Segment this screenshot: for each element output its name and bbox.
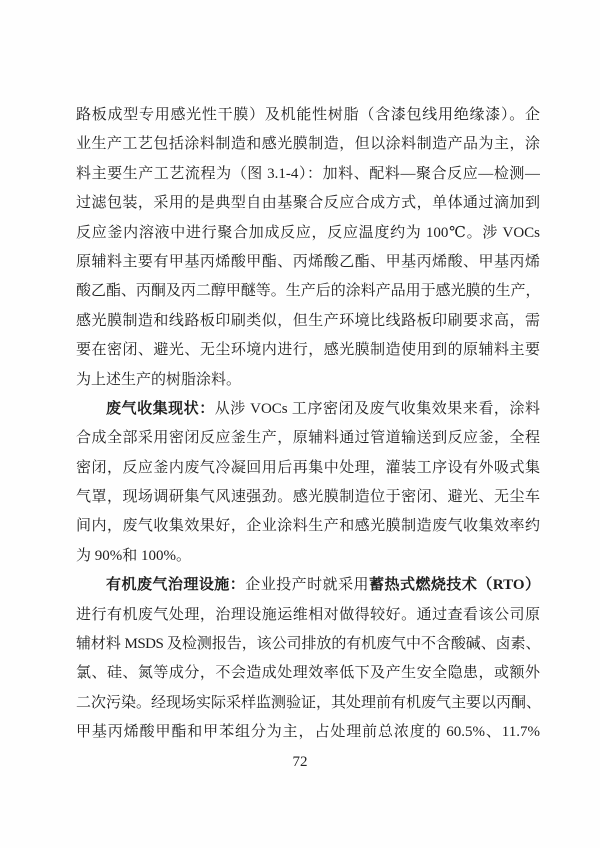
text-segment: 路板成型专用感光性干膜）及机能性树脂（含漆包线用绝缘漆）。企 (76, 107, 540, 123)
text-segment: 甲基丙烯酸甲酯和甲苯组分为主，占处理前总浓度的 60.5%、11.7% (76, 724, 540, 740)
text-segment: 氯、硅、氮等成分，不会造成处理效率低下及产生安全隐患，或额外 (76, 665, 540, 681)
text-segment: 合成全部采用密闭反应釜生产，原辅料通过管道输送到反应釜，全程 (76, 430, 540, 446)
text-line: 废气收集现状：从涉 VOCs 工序密闭及废气收集效果来看，涂料 (76, 395, 540, 424)
document-page: 路板成型专用感光性干膜）及机能性树脂（含漆包线用绝缘漆）。企业生产工艺包括涂料制… (0, 0, 600, 848)
text-line: 间内，废气收集效果好，企业涂料生产和感光膜制造废气收集效率约 (76, 512, 540, 541)
text-segment: 过滤包装，采用的是典型自由基聚合反应合成方式，单体通过滴加到 (76, 195, 540, 211)
text-line: 辅材料 MSDS 及检测报告，该公司排放的有机废气中不含酸碱、卤素、 (76, 630, 540, 659)
text-line: 甲基丙烯酸甲酯和甲苯组分为主，占处理前总浓度的 60.5%、11.7% (76, 718, 540, 747)
text-line: 反应釜内溶液中进行聚合加成反应，反应温度约为 100℃。涉 VOCs (76, 219, 540, 248)
text-segment: 料主要生产工艺流程为（图 3.1-4）：加料、配料—聚合反应—检测— (76, 166, 540, 182)
bold-text-segment: 蓄热式燃烧技术（RTO） (369, 577, 540, 593)
text-segment: 反应釜内溶液中进行聚合加成反应，反应温度约为 100℃。涉 VOCs (76, 225, 540, 241)
bold-text-segment: 有机废气治理设施： (106, 577, 245, 593)
text-line: 酸乙酯、丙酮及丙二醇甲醚等。生产后的涂料产品用于感光膜的生产， (76, 277, 540, 306)
text-segment: 从涉 VOCs 工序密闭及废气收集效果来看，涂料 (215, 401, 540, 417)
text-line: 气罩，现场调研集气风速强劲。感光膜制造位于密闭、避光、无尘车 (76, 483, 540, 512)
text-segment: 酸乙酯、丙酮及丙二醇甲醚等。生产后的涂料产品用于感光膜的生产， (76, 283, 540, 299)
text-line: 为上述生产的树脂涂料。 (76, 366, 540, 395)
paragraph: 路板成型专用感光性干膜）及机能性树脂（含漆包线用绝缘漆）。企业生产工艺包括涂料制… (76, 101, 540, 395)
text-line: 二次污染。经现场实际采样监测验证，其处理前有机废气主要以丙酮、 (76, 689, 540, 718)
text-segment: 原辅料主要有甲基丙烯酸甲酯、丙烯酸乙酯、甲基丙烯酸、甲基丙烯 (76, 254, 540, 270)
text-segment: 企业投产时就采用 (245, 577, 369, 593)
text-line: 要在密闭、避光、无尘环境内进行，感光膜制造使用到的原辅料主要 (76, 336, 540, 365)
text-line: 路板成型专用感光性干膜）及机能性树脂（含漆包线用绝缘漆）。企 (76, 101, 540, 130)
text-segment: 辅材料 MSDS 及检测报告，该公司排放的有机废气中不含酸碱、卤素、 (76, 636, 540, 652)
text-line: 料主要生产工艺流程为（图 3.1-4）：加料、配料—聚合反应—检测— (76, 160, 540, 189)
document-body: 路板成型专用感光性干膜）及机能性树脂（含漆包线用绝缘漆）。企业生产工艺包括涂料制… (76, 101, 540, 748)
text-segment: 业生产工艺包括涂料制造和感光膜制造，但以涂料制造产品为主，涂 (76, 136, 540, 152)
text-line: 业生产工艺包括涂料制造和感光膜制造，但以涂料制造产品为主，涂 (76, 130, 540, 159)
text-segment: 间内，废气收集效果好，企业涂料生产和感光膜制造废气收集效率约 (76, 518, 540, 534)
text-line: 密闭，反应釜内废气冷凝回用后再集中处理，灌装工序设有外吸式集 (76, 454, 540, 483)
paragraph: 废气收集现状：从涉 VOCs 工序密闭及废气收集效果来看，涂料合成全部采用密闭反… (76, 395, 540, 571)
text-line: 氯、硅、氮等成分，不会造成处理效率低下及产生安全隐患，或额外 (76, 659, 540, 688)
text-line: 原辅料主要有甲基丙烯酸甲酯、丙烯酸乙酯、甲基丙烯酸、甲基丙烯 (76, 248, 540, 277)
text-line: 感光膜制造和线路板印刷类似，但生产环境比线路板印刷要求高，需 (76, 307, 540, 336)
page-number: 72 (0, 751, 600, 773)
bold-text-segment: 废气收集现状： (106, 401, 215, 417)
text-segment: 密闭，反应釜内废气冷凝回用后再集中处理，灌装工序设有外吸式集 (76, 460, 540, 476)
text-segment: 为上述生产的树脂涂料。 (76, 372, 241, 388)
paragraph: 有机废气治理设施：企业投产时就采用蓄热式燃烧技术（RTO）进行有机废气处理，治理… (76, 571, 540, 747)
text-segment: 进行有机废气处理，治理设施运维相对做得较好。通过查看该公司原 (76, 607, 540, 623)
text-line: 合成全部采用密闭反应釜生产，原辅料通过管道输送到反应釜，全程 (76, 424, 540, 453)
text-line: 过滤包装，采用的是典型自由基聚合反应合成方式，单体通过滴加到 (76, 189, 540, 218)
text-line: 有机废气治理设施：企业投产时就采用蓄热式燃烧技术（RTO） (76, 571, 540, 600)
text-segment: 二次污染。经现场实际采样监测验证，其处理前有机废气主要以丙酮、 (76, 695, 540, 711)
text-segment: 为 90%和 100%。 (76, 548, 191, 564)
text-line: 进行有机废气处理，治理设施运维相对做得较好。通过查看该公司原 (76, 601, 540, 630)
text-segment: 感光膜制造和线路板印刷类似，但生产环境比线路板印刷要求高，需 (76, 313, 540, 329)
text-segment: 气罩，现场调研集气风速强劲。感光膜制造位于密闭、避光、无尘车 (76, 489, 540, 505)
text-line: 为 90%和 100%。 (76, 542, 540, 571)
text-segment: 要在密闭、避光、无尘环境内进行，感光膜制造使用到的原辅料主要 (76, 342, 540, 358)
